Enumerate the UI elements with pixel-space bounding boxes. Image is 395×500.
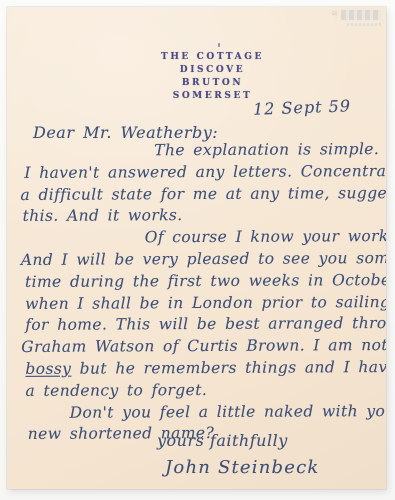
letterhead-line-3: BRUTON xyxy=(39,77,386,90)
body-line: bossy but he remembers things and I have xyxy=(25,357,382,381)
watermark-logo-icon xyxy=(341,10,381,20)
body-line: Graham Watson of Curtis Brown. I am not … xyxy=(21,335,382,359)
letterhead: THE COTTAGE DISCOVE BRUTON SOMERSET xyxy=(39,51,386,103)
body-line: time during the first two weeks in Octob… xyxy=(25,270,382,294)
body-line: this. And it works. xyxy=(23,204,382,228)
body-line: The explanation is simple. xyxy=(154,139,381,162)
letterhead-line-2: DISCOVE xyxy=(39,64,386,77)
watermark-monogram-icon: ≋ xyxy=(331,10,338,18)
letter-body: The explanation is simple. I haven't ans… xyxy=(20,139,383,446)
body-line: for home. This will be best arranged thr… xyxy=(25,313,382,337)
body-line: Don't you feel a little naked with your xyxy=(70,401,383,424)
watermark-subtext-icon xyxy=(347,23,381,26)
closing: yours faithfully xyxy=(157,431,288,450)
signature: John Steinbeck xyxy=(165,457,320,478)
body-line: Of course I know your work. xyxy=(145,226,382,249)
letter-page: ≋ THE COTTAGE DISCOVE BRUTON SOMERSET 12… xyxy=(7,7,386,489)
body-line: I haven't answered any letters. Concentr… xyxy=(24,161,381,185)
photo-background: ≋ THE COTTAGE DISCOVE BRUTON SOMERSET 12… xyxy=(0,0,395,500)
body-line: when I shall be in London prior to saili… xyxy=(25,292,382,316)
print-mark xyxy=(218,43,220,47)
date: 12 Sept 59 xyxy=(253,96,352,118)
body-line: And I will be very pleased to see you so… xyxy=(21,248,382,272)
body-line: a difficult state for me at any time, su… xyxy=(20,183,381,207)
auction-watermark: ≋ xyxy=(331,10,381,20)
body-line: a tendency to forget. xyxy=(25,379,382,403)
letterhead-line-1: THE COTTAGE xyxy=(39,51,386,64)
